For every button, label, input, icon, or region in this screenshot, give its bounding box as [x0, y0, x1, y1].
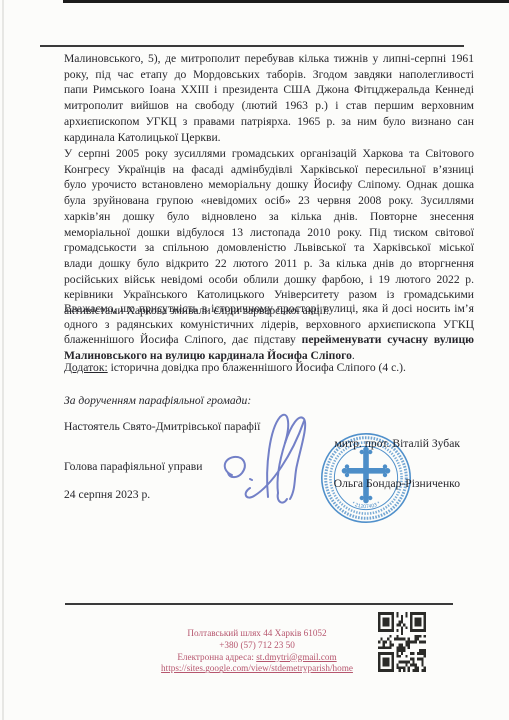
scan-edge-artifact: [63, 0, 509, 3]
body-line: влади дошку було відкрито 22 лютого 2011…: [64, 256, 474, 272]
body-line: У серпні 2005 року зусиллями громадських…: [64, 146, 474, 162]
paragraph-1: Малиновського, 5), де митрополит перебув…: [64, 51, 474, 145]
body-line: було урочисто встановлено меморіальну до…: [64, 177, 474, 193]
addendum-line: Додаток: історична довідка про блаженніш…: [64, 360, 474, 376]
website-link[interactable]: https://sites.google.com/view/stdemetryp…: [161, 663, 353, 673]
footer-phone: +380 (57) 712 23 50: [107, 640, 407, 652]
body-text: блаженнішого Йосифа Сліпого, дає підстав…: [64, 333, 302, 346]
parish-stamp: * 21207403 *: [320, 432, 412, 524]
budded-cross-icon: [342, 447, 391, 504]
body-line: громадськости за спільною домовленістю Л…: [64, 240, 474, 256]
body-line: архиєпископом УГКЦ з правами патріярха. …: [64, 114, 474, 130]
body-line: одного з радянських комуністичних лідері…: [64, 317, 474, 333]
body-line: харків’ян дошку було відновлено за кільк…: [64, 209, 474, 225]
body-line: була зруйнована групою «невідомих осіб» …: [64, 193, 474, 209]
body-line: року, під час етапу до Мордовських табор…: [64, 67, 474, 83]
footer-website-line: https://sites.google.com/view/stdemetryp…: [107, 663, 407, 675]
footer-email-line: Електронна адреса: st.dmytri@gmail.com: [107, 652, 407, 664]
qr-code: [378, 612, 426, 672]
body-line: Вважаємо, що присутність в історичному п…: [64, 301, 474, 317]
paragraph-2: У серпні 2005 року зусиллями громадських…: [64, 146, 474, 319]
header-divider: [40, 45, 464, 47]
addendum-text: історична довідка про блаженнішого Йосиф…: [108, 361, 406, 374]
body-line: папи Римського Іоана XXIII і президента …: [64, 82, 474, 98]
emphasized-text: перейменувати сучасну вулицю: [302, 333, 474, 346]
body-line: Малиновського, 5), де митрополит перебув…: [64, 51, 474, 67]
body-line: кардинала Католицької Церкви.: [64, 130, 474, 146]
addendum-label: Додаток:: [64, 361, 108, 374]
body-line: російських військ невідомі особи облили …: [64, 272, 474, 288]
footer-divider: [65, 603, 453, 605]
body-line: меморіальної дошки відбулося 13 листопад…: [64, 225, 474, 241]
footer-email-label: Електронна адреса:: [177, 652, 256, 662]
handwritten-signature: [210, 403, 320, 508]
email-link[interactable]: st.dmytri@gmail.com: [256, 652, 336, 662]
scanned-letter-page: Малиновського, 5), де митрополит перебув…: [0, 0, 509, 720]
footer-contact-block: Полтавський шлях 44 Харків 61052 +380 (5…: [107, 628, 407, 675]
body-line: блаженнішого Йосифа Сліпого, дає підстав…: [64, 332, 474, 348]
scan-left-edge-artifact: [2, 0, 4, 720]
footer-address: Полтавський шлях 44 Харків 61052: [107, 628, 407, 640]
paragraph-3: Вважаємо, що присутність в історичному п…: [64, 301, 474, 364]
body-line: митрополит вийшов на свободу (лютий 1963…: [64, 98, 474, 114]
body-line: Конгресу Українців на фасаді адмінбудівл…: [64, 162, 474, 178]
